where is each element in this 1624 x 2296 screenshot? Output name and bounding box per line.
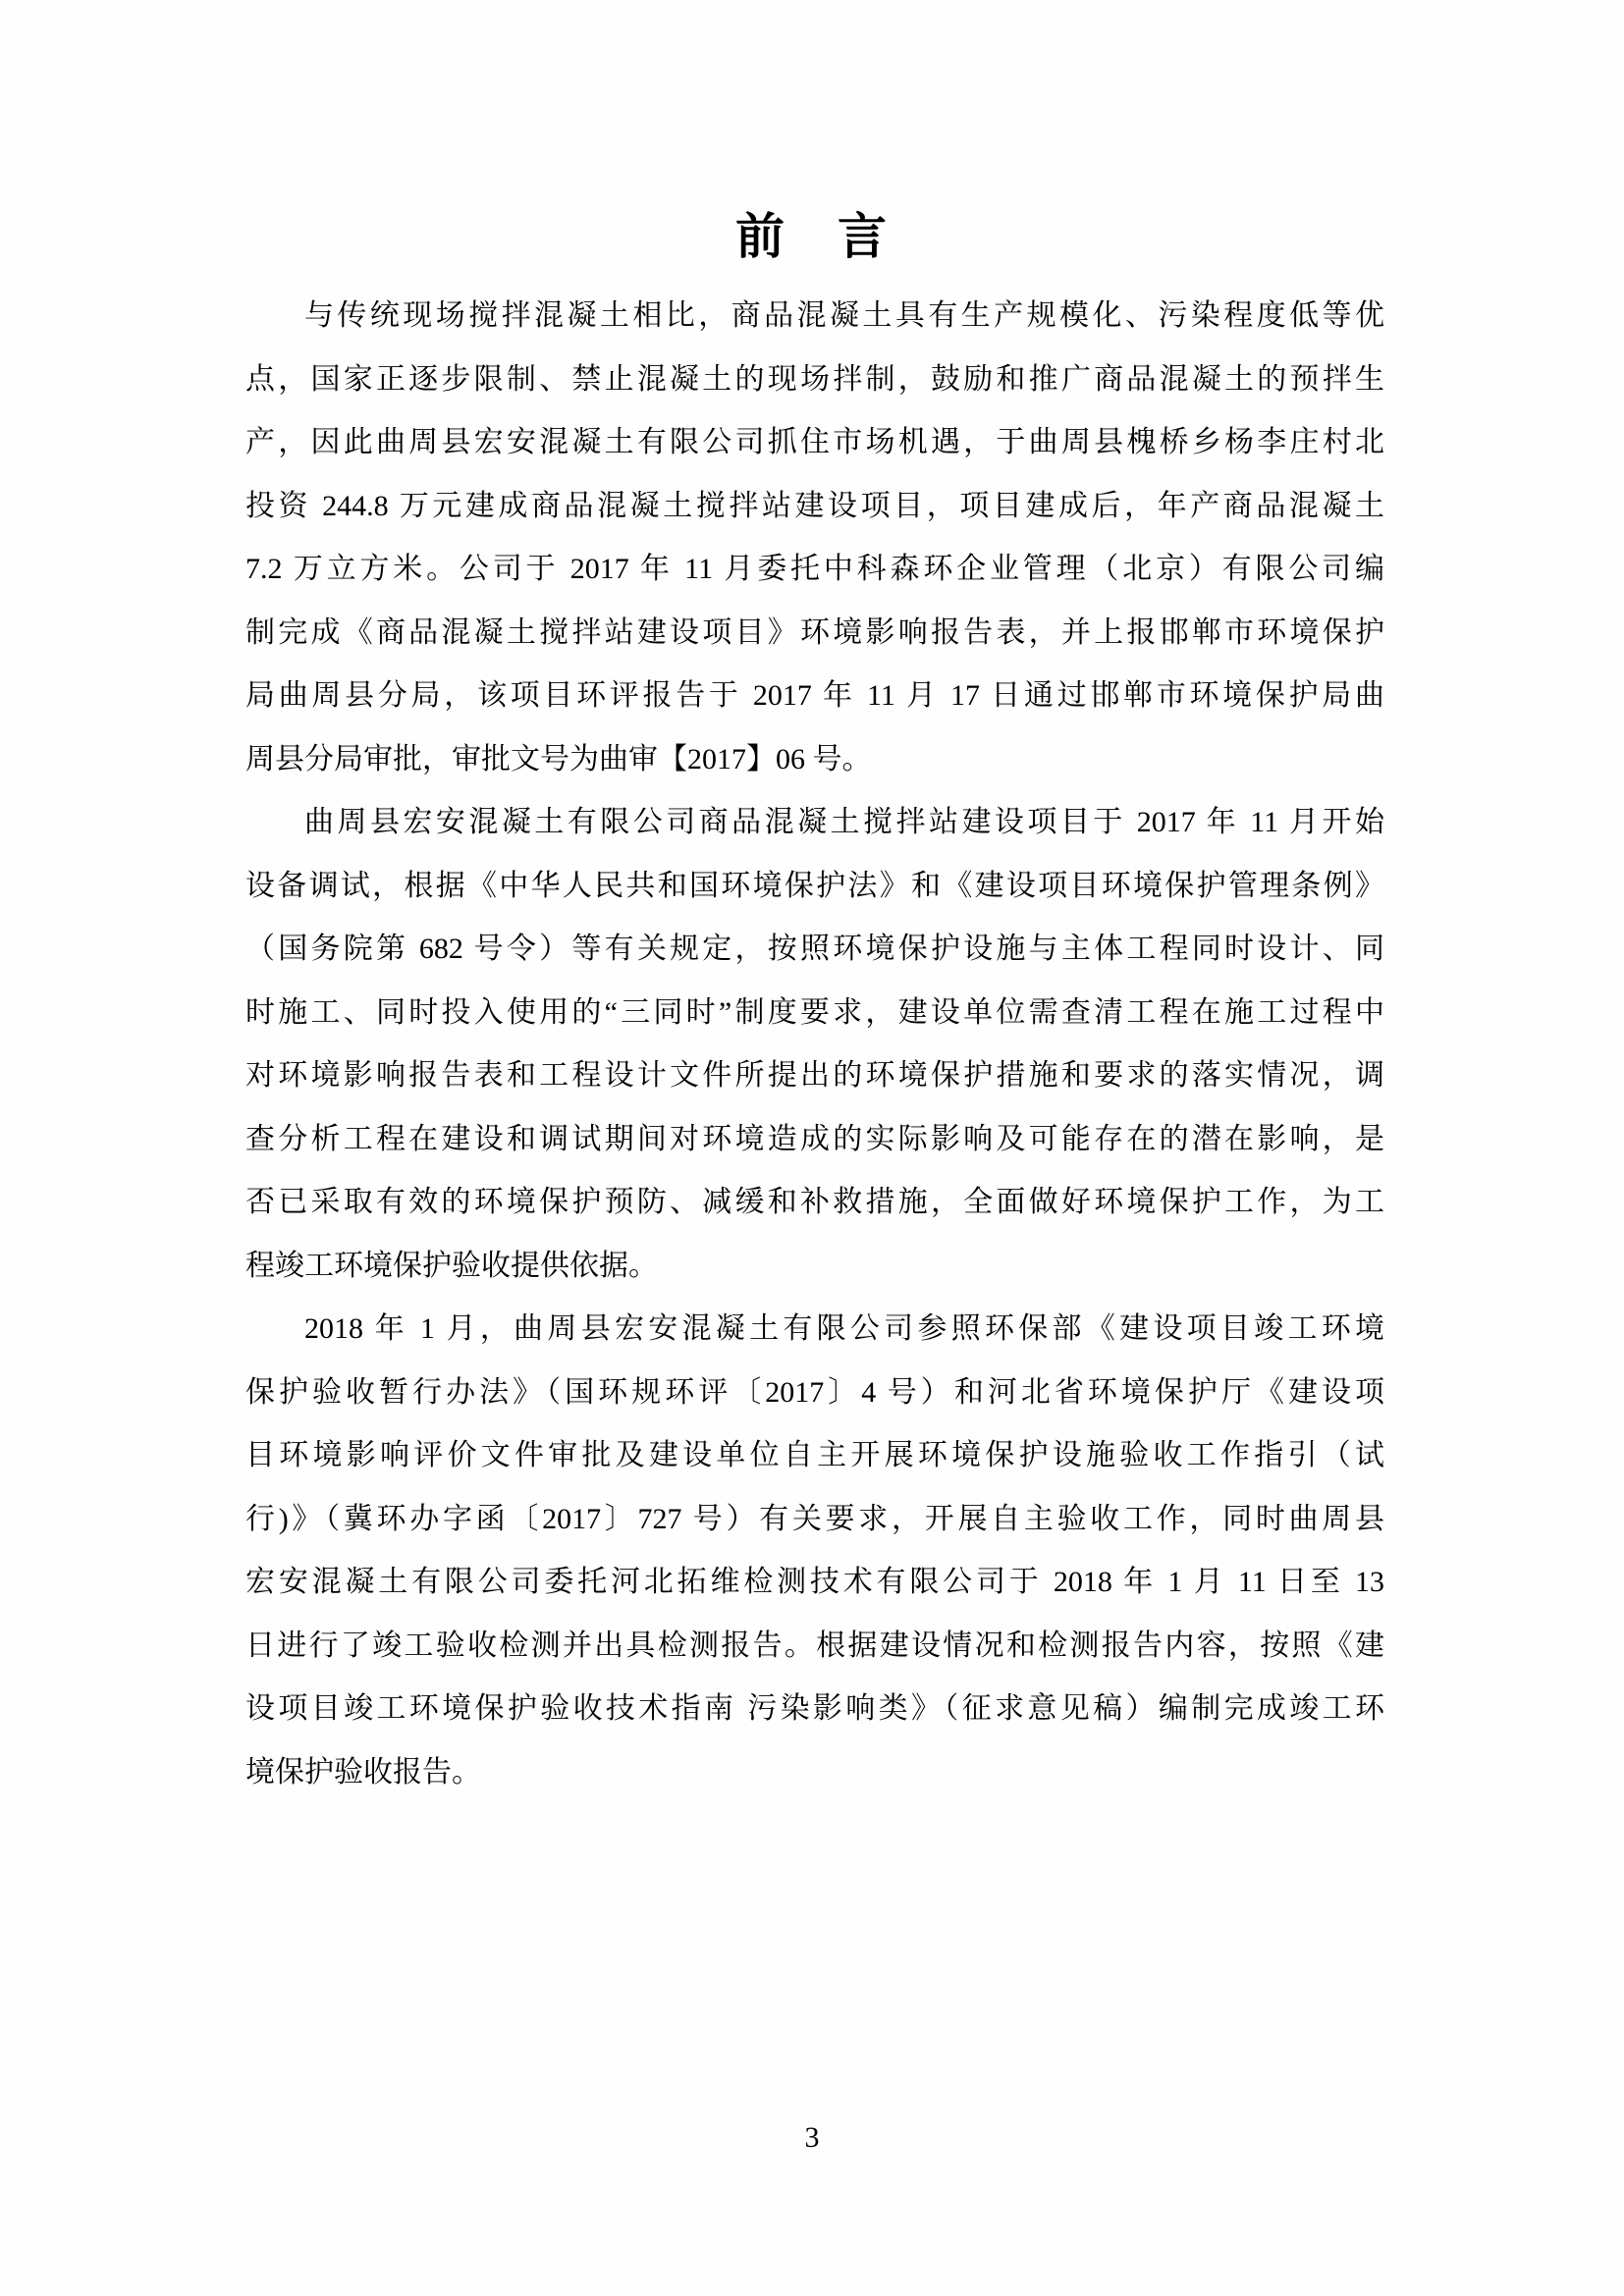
text-line: 宏安混凝土有限公司委托河北拓维检测技术有限公司于 2018 年 1 月 11 日… xyxy=(245,1551,1384,1615)
text-line: 时施工、同时投入使用的“三同时”制度要求，建设单位需查清工程在施工过程中 xyxy=(245,982,1384,1045)
document-page: 前 言 与传统现场搅拌混凝土相比，商品混凝土具有生产规模化、污染程度低等优 点，… xyxy=(0,0,1624,2296)
page-number: 3 xyxy=(0,2118,1624,2158)
document-body: 与传统现场搅拌混凝土相比，商品混凝土具有生产规模化、污染程度低等优 点，国家正逐… xyxy=(245,285,1384,1804)
text-line: 曲周县宏安混凝土有限公司商品混凝土搅拌站建设项目于 2017 年 11 月开始 xyxy=(245,791,1384,855)
text-line: 否已采取有效的环境保护预防、减缓和补救措施，全面做好环境保护工作，为工 xyxy=(245,1171,1384,1235)
text-line: 产，因此曲周县宏安混凝土有限公司抓住市场机遇，于曲周县槐桥乡杨李庄村北 xyxy=(245,411,1384,475)
text-line: 与传统现场搅拌混凝土相比，商品混凝土具有生产规模化、污染程度低等优 xyxy=(245,285,1384,348)
text-line: 保护验收暂行办法》（国环规环评〔2017〕4 号）和河北省环境保护厅《建设项 xyxy=(245,1362,1384,1425)
text-line: 程竣工环境保护验收提供依据。 xyxy=(245,1235,1384,1299)
paragraph-acceptance-work: 2018 年 1 月，曲周县宏安混凝土有限公司参照环保部《建设项目竣工环境 保护… xyxy=(245,1298,1384,1804)
text-line: 境保护验收报告。 xyxy=(245,1741,1384,1805)
text-line: 7.2 万立方米。公司于 2017 年 11 月委托中科森环企业管理（北京）有限… xyxy=(245,538,1384,602)
text-line: （国务院第 682 号令）等有关规定，按照环境保护设施与主体工程同时设计、同 xyxy=(245,918,1384,982)
text-line: 2018 年 1 月，曲周县宏安混凝土有限公司参照环保部《建设项目竣工环境 xyxy=(245,1298,1384,1362)
text-line: 设项目竣工环境保护验收技术指南 污染影响类》（征求意见稿）编制完成竣工环 xyxy=(245,1678,1384,1741)
text-line: 局曲周县分局，该项目环评报告于 2017 年 11 月 17 日通过邯郸市环境保… xyxy=(245,665,1384,728)
text-line: 目环境影响评价文件审批及建设单位自主开展环境保护设施验收工作指引（试 xyxy=(245,1424,1384,1488)
text-line: 查分析工程在建设和调试期间对环境造成的实际影响及可能存在的潜在影响，是 xyxy=(245,1108,1384,1172)
text-line: 周县分局审批，审批文号为曲审【2017】06 号。 xyxy=(245,728,1384,792)
text-line: 设备调试，根据《中华人民共和国环境保护法》和《建设项目环境保护管理条例》 xyxy=(245,855,1384,919)
paragraph-project-background: 曲周县宏安混凝土有限公司商品混凝土搅拌站建设项目于 2017 年 11 月开始 … xyxy=(245,791,1384,1298)
text-line: 对环境影响报告表和工程设计文件所提出的环境保护措施和要求的落实情况，调 xyxy=(245,1044,1384,1108)
text-line: 制完成《商品混凝土搅拌站建设项目》环境影响报告表，并上报邯郸市环境保护 xyxy=(245,602,1384,666)
text-line: 投资 244.8 万元建成商品混凝土搅拌站建设项目，项目建成后，年产商品混凝土 xyxy=(245,475,1384,539)
text-line: 行)》（冀环办字函〔2017〕727 号）有关要求，开展自主验收工作，同时曲周县 xyxy=(245,1488,1384,1552)
paragraph-intro: 与传统现场搅拌混凝土相比，商品混凝土具有生产规模化、污染程度低等优 点，国家正逐… xyxy=(245,285,1384,791)
text-line: 点，国家正逐步限制、禁止混凝土的现场拌制，鼓励和推广商品混凝土的预拌生 xyxy=(245,348,1384,412)
text-line: 日进行了竣工验收检测并出具检测报告。根据建设情况和检测报告内容，按照《建 xyxy=(245,1615,1384,1679)
page-title: 前 言 xyxy=(0,208,1624,265)
